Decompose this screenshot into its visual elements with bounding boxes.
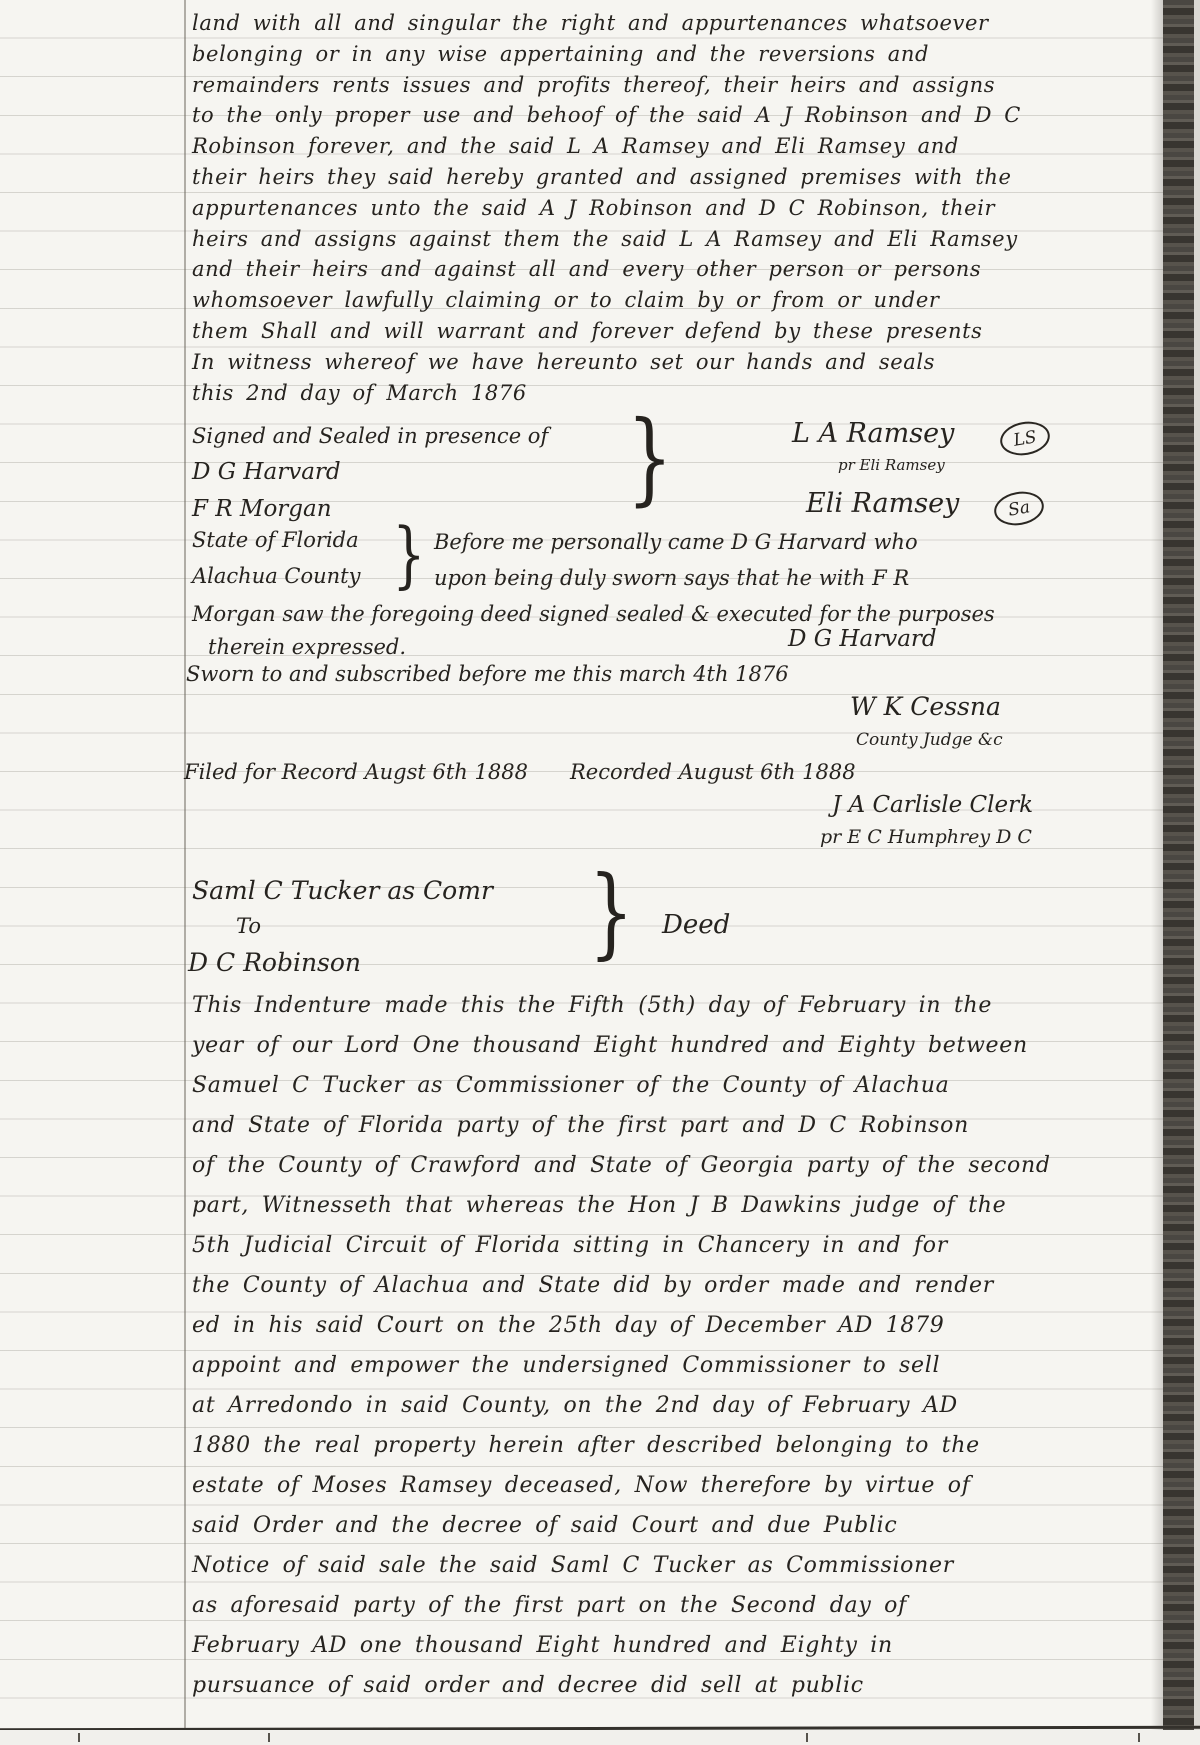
acknowledgment-line: Morgan saw the foregoing deed signed sea… [192,602,995,626]
scanned-deed-page: land with all and singular the right and… [0,0,1200,1745]
deputy-clerk-signature: pr E C Humphrey D C [820,826,1032,848]
deed2-body-paragraph: This Indenture made this the Fifth (5th)… [192,986,1051,1706]
deed2-line: as aforesaid party of the first part on … [192,1586,1051,1626]
venue-county: Alachua County [192,564,360,588]
deed1-line: this 2nd day of March 1876 [192,378,1021,409]
deed2-line: appoint and empower the undersigned Comm… [192,1346,1051,1386]
page-edge-highlight [1194,0,1200,1745]
deed2-line: of the County of Crawford and State of G… [192,1146,1051,1186]
curly-brace-icon: } [589,860,634,966]
next-page-sliver [0,1730,1200,1745]
attestation-line: Signed and Sealed in presence of [192,424,548,448]
witness-signature: D G Harvard [192,459,341,485]
venue-state: State of Florida [192,528,359,552]
deed2-line: year of our Lord One thousand Eight hund… [192,1026,1051,1066]
officer-title: County Judge &c [856,730,1003,750]
witness-signature: F R Morgan [192,496,332,522]
officer-signature: W K Cessna [850,692,1001,721]
grantor-signature: L A Ramsey [792,418,954,449]
deed2-line: at Arredondo in said County, on the 2nd … [192,1386,1051,1426]
deed1-line: their heirs they said hereby granted and… [192,162,1021,193]
page-edge-tick [268,1733,270,1742]
acknowledgment-line: upon being duly sworn says that he with … [434,566,909,590]
deed1-line: whomsoever lawfully claiming or to claim… [192,285,1021,316]
jurat-line: Sworn to and subscribed before me this m… [186,662,789,686]
filed-for-record: Filed for Record Augst 6th 1888 [184,760,528,784]
deed2-line: 5th Judicial Circuit of Florida sitting … [192,1226,1051,1266]
deed1-line: to the only proper use and behoof of the… [192,100,1021,131]
deed2-line: ed in his said Court on the 25th day of … [192,1306,1051,1346]
page-edge-tick [78,1733,80,1742]
deed2-line: the County of Alachua and State did by o… [192,1266,1051,1306]
instrument-type-label: Deed [662,910,730,940]
left-margin-rule [184,0,186,1745]
deed2-line: 1880 the real property herein after desc… [192,1426,1051,1466]
deed1-line: Robinson forever, and the said L A Ramse… [192,131,1021,162]
grantor-signature: Eli Ramsey [806,488,959,519]
acknowledgment-line: therein expressed. [208,635,406,659]
acknowledgment-line: Before me personally came D G Harvard wh… [434,530,918,554]
deed1-line: land with all and singular the right and… [192,8,1021,39]
deed2-line: This Indenture made this the Fifth (5th)… [192,986,1051,1026]
curly-brace-icon: } [392,514,425,594]
signature-note: pr Eli Ramsey [838,456,945,474]
deed1-body-paragraph: land with all and singular the right and… [192,8,1021,408]
recording-endorsement: Filed for Record Augst 6th 1888Recorded … [184,760,856,784]
clerk-signature: J A Carlisle Clerk [832,792,1033,818]
deed2-line: and State of Florida party of the first … [192,1106,1051,1146]
deed2-line: estate of Moses Ramsey deceased, Now the… [192,1466,1051,1506]
deed1-line: them Shall and will warrant and forever … [192,316,1021,347]
binding-edge [1163,0,1194,1745]
page-edge-tick [1138,1733,1140,1742]
caption-grantor: Saml C Tucker as Comr [192,876,493,905]
deed2-line: said Order and the decree of said Court … [192,1506,1051,1546]
deed2-line: pursuance of said order and decree did s… [192,1666,1051,1706]
deed2-line: part, Witnesseth that whereas the Hon J … [192,1186,1051,1226]
curly-brace-icon: } [627,404,673,512]
caption-grantee: D C Robinson [188,948,361,977]
deed1-line: appurtenances unto the said A J Robinson… [192,193,1021,224]
deed1-line: and their heirs and against all and ever… [192,254,1021,285]
affiant-signature: D G Harvard [788,626,937,652]
deed1-line: In witness whereof we have hereunto set … [192,347,1021,378]
page-edge-tick [806,1733,808,1742]
deed2-line: Samuel C Tucker as Commissioner of the C… [192,1066,1051,1106]
recorded-date: Recorded August 6th 1888 [570,760,856,784]
caption-to: To [236,914,261,938]
deed1-line: belonging or in any wise appertaining an… [192,39,1021,70]
deed2-line: February AD one thousand Eight hundred a… [192,1626,1051,1666]
deed2-line: Notice of said sale the said Saml C Tuck… [192,1546,1051,1586]
deed1-line: heirs and assigns against them the said … [192,224,1021,255]
deed1-line: remainders rents issues and profits ther… [192,70,1021,101]
